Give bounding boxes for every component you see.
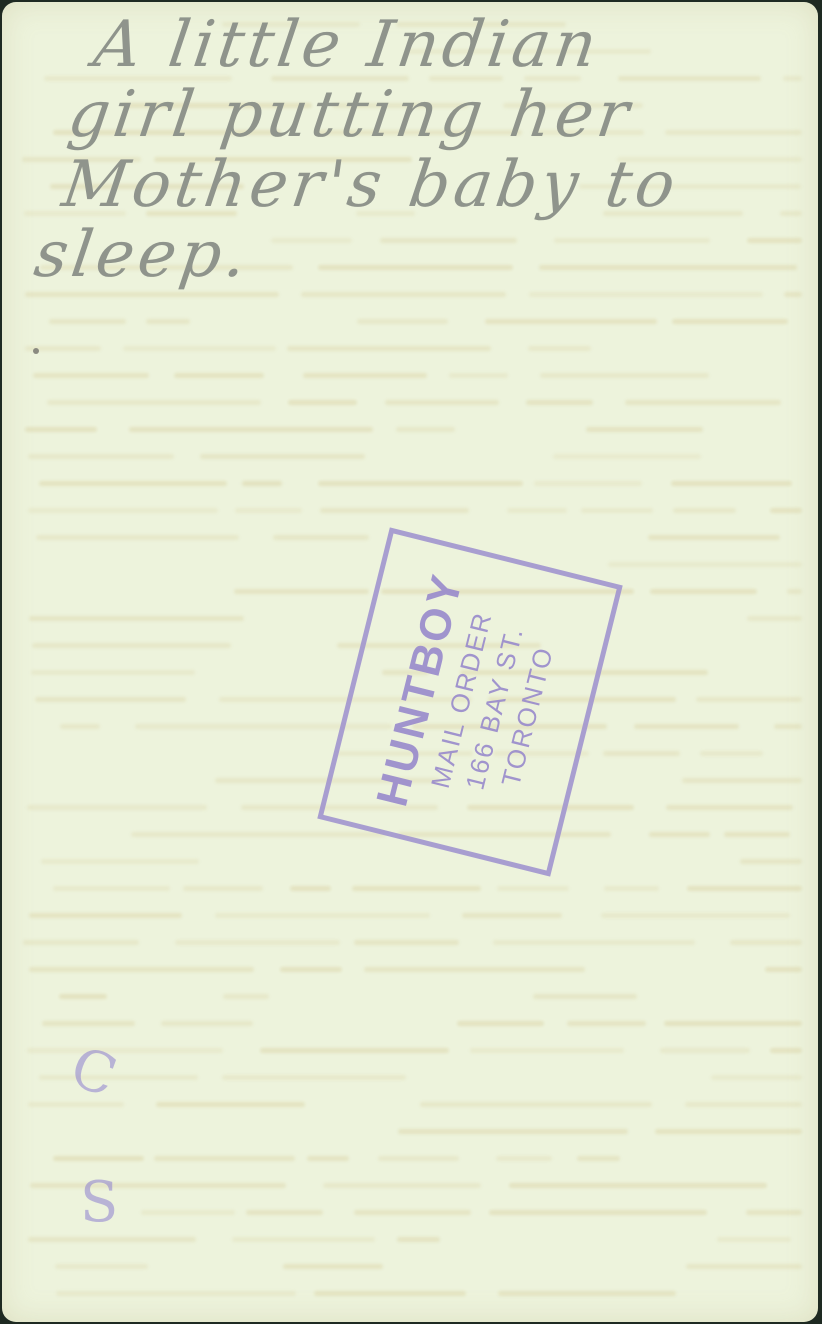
purple-mark: S: [80, 1170, 118, 1235]
caption-line: A little Indian: [90, 10, 810, 80]
caption-line: girl putting her: [64, 80, 800, 150]
ink-speck: [33, 348, 39, 354]
handwritten-caption: A little Indian girl putting her Mother'…: [30, 10, 809, 290]
caption-line: sleep.: [30, 220, 780, 290]
photo-card-back: A little Indian girl putting her Mother'…: [2, 2, 818, 1322]
caption-line: Mother's baby to: [58, 150, 790, 220]
